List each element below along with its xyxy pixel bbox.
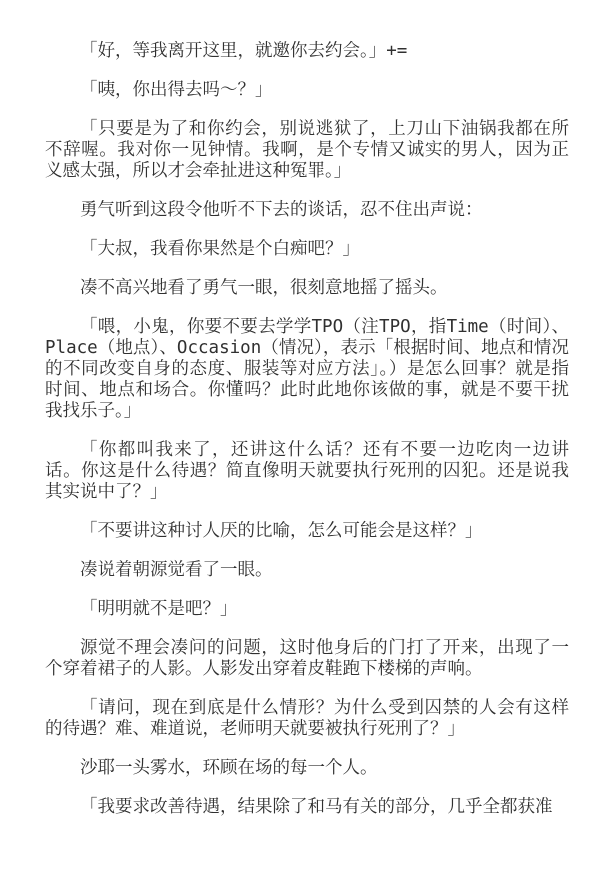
paragraph: 「你都叫我来了，还讲这什么话？还有不要一边吃肉一边讲话。你这是什么待遇？简直像明… — [45, 440, 569, 503]
paragraph: 源觉不理会凑问的问题，这时他身后的门打了开来，出现了一个穿着裙子的人影。人影发出… — [45, 638, 569, 680]
paragraph: 「好，等我离开这里，就邀你去约会。」+= — [45, 41, 569, 62]
paragraph: 凑不高兴地看了勇气一眼，很刻意地摇了摇头。 — [45, 278, 569, 299]
paragraph: 勇气听到这段令他听不下去的谈话，忍不住出声说： — [45, 200, 569, 221]
paragraph: 「我要求改善待遇，结果除了和马有关的部分，几乎全都获准 — [45, 797, 569, 818]
paragraph: 「大叔，我看你果然是个白痴吧？」 — [45, 239, 569, 260]
paragraph: 「不要讲这种讨人厌的比喻，怎么可能会是这样？」 — [45, 521, 569, 542]
paragraph: 沙耶一头雾水，环顾在场的每一个人。 — [45, 758, 569, 779]
paragraph: 「咦，你出得去吗～？」 — [45, 80, 569, 101]
paragraph: 「明明就不是吧？」 — [45, 599, 569, 620]
document-page: 「好，等我离开这里，就邀你去约会。」+= 「咦，你出得去吗～？」 「只要是为了和… — [0, 0, 613, 869]
paragraph: 「请问，现在到底是什么情形？为什么受到囚禁的人会有这样的待遇？难、难道说，老师明… — [45, 698, 569, 740]
paragraph: 「只要是为了和你约会，别说逃狱了，上刀山下油锅我都在所不辞喔。我对你一见钟情。我… — [45, 119, 569, 182]
paragraph: 「喂，小鬼，你要不要去学学TPO（注TPO，指Time（时间）、Place（地点… — [45, 317, 569, 422]
paragraph: 凑说着朝源觉看了一眼。 — [45, 560, 569, 581]
